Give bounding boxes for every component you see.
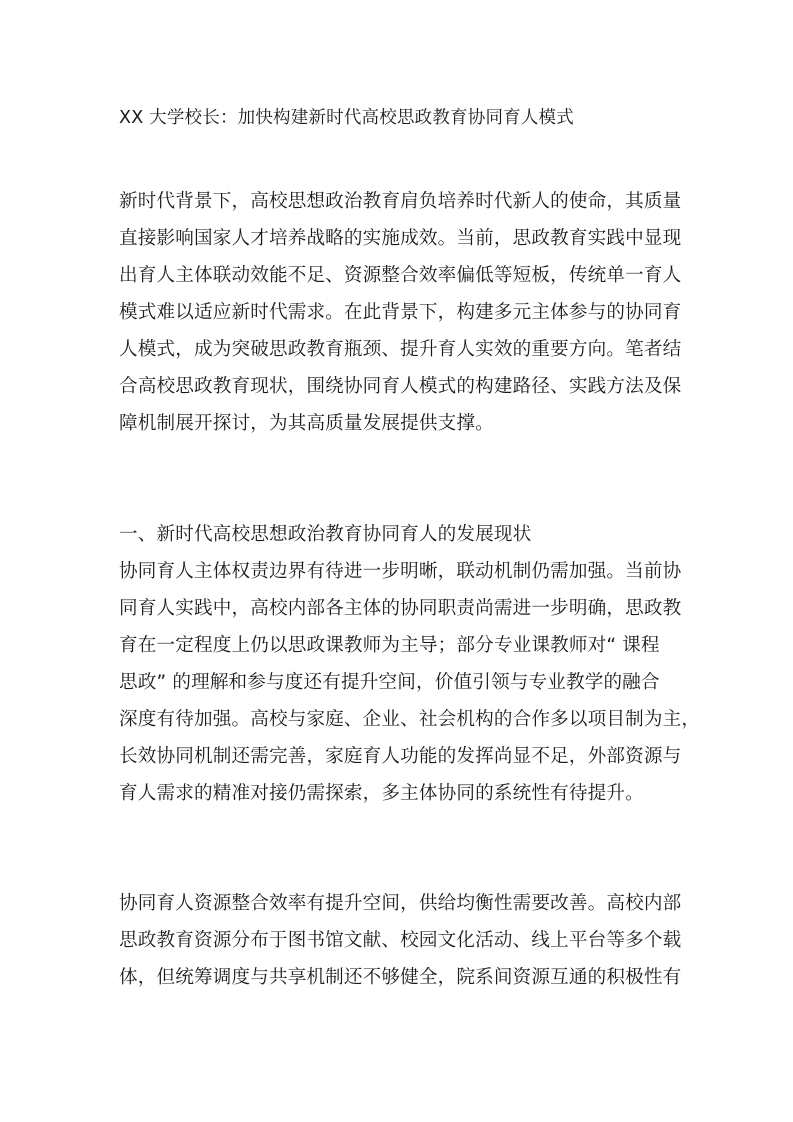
paragraph-line: 出育人主体联动效能不足、资源整合效率偏低等短板，传统单一育人 (119, 261, 681, 287)
paragraph-line: 思政教育资源分布于图书馆文献、校园文化活动、线上平台等多个载 (119, 926, 681, 952)
paragraph-line: 思政” 的理解和参与度还有提升空间，价值引领与专业教学的融合 (119, 668, 660, 694)
paragraph-line: 体，但统筹调度与共享机制还不够健全，院系间资源互通的积极性有 (119, 963, 681, 989)
section-heading: 一、新时代高校思想政治教育协同育人的发展现状 (119, 520, 531, 546)
paragraph-line: 障机制展开探讨，为其高质量发展提供支撑。 (119, 409, 494, 435)
paragraph-line: 育人需求的精准对接仍需探索，多主体协同的系统性有待提升。 (119, 779, 644, 805)
paragraph-line: 长效协同机制还需完善，家庭育人功能的发挥尚显不足，外部资源与 (119, 742, 681, 768)
paragraph-line: 协同育人资源整合效率有提升空间，供给均衡性需要改善。高校内部 (119, 889, 681, 915)
paragraph-line: 模式难以适应新时代需求。在此背景下，构建多元主体参与的协同育 (119, 298, 681, 324)
paragraph-line: 同育人实践中，高校内部各主体的协同职责尚需进一步明确，思政教 (119, 594, 681, 620)
paragraph-line: 合高校思政教育现状，围绕协同育人模式的构建路径、实践方法及保 (119, 372, 681, 398)
paragraph-line: 深度有待加强。高校与家庭、企业、社会机构的合作多以项目制为主， (119, 705, 700, 731)
paragraph-line: 协同育人主体权责边界有待进一步明晰，联动机制仍需加强。当前协 (119, 557, 681, 583)
document-title: XX 大学校长：加快构建新时代高校思政教育协同育人模式 (119, 104, 574, 129)
paragraph-line: 人模式，成为突破思政教育瓶颈、提升育人实效的重要方向。笔者结 (119, 335, 681, 361)
paragraph-line: 新时代背景下，高校思想政治教育肩负培养时代新人的使命，其质量 (119, 187, 681, 213)
paragraph-line: 育在一定程度上仍以思政课教师为主导；部分专业课教师对“ 课程 (119, 631, 660, 657)
paragraph-line: 直接影响国家人才培养战略的实施成效。当前，思政教育实践中显现 (119, 224, 681, 250)
document-page: XX 大学校长：加快构建新时代高校思政教育协同育人模式 新时代背景下，高校思想政… (0, 0, 793, 1122)
